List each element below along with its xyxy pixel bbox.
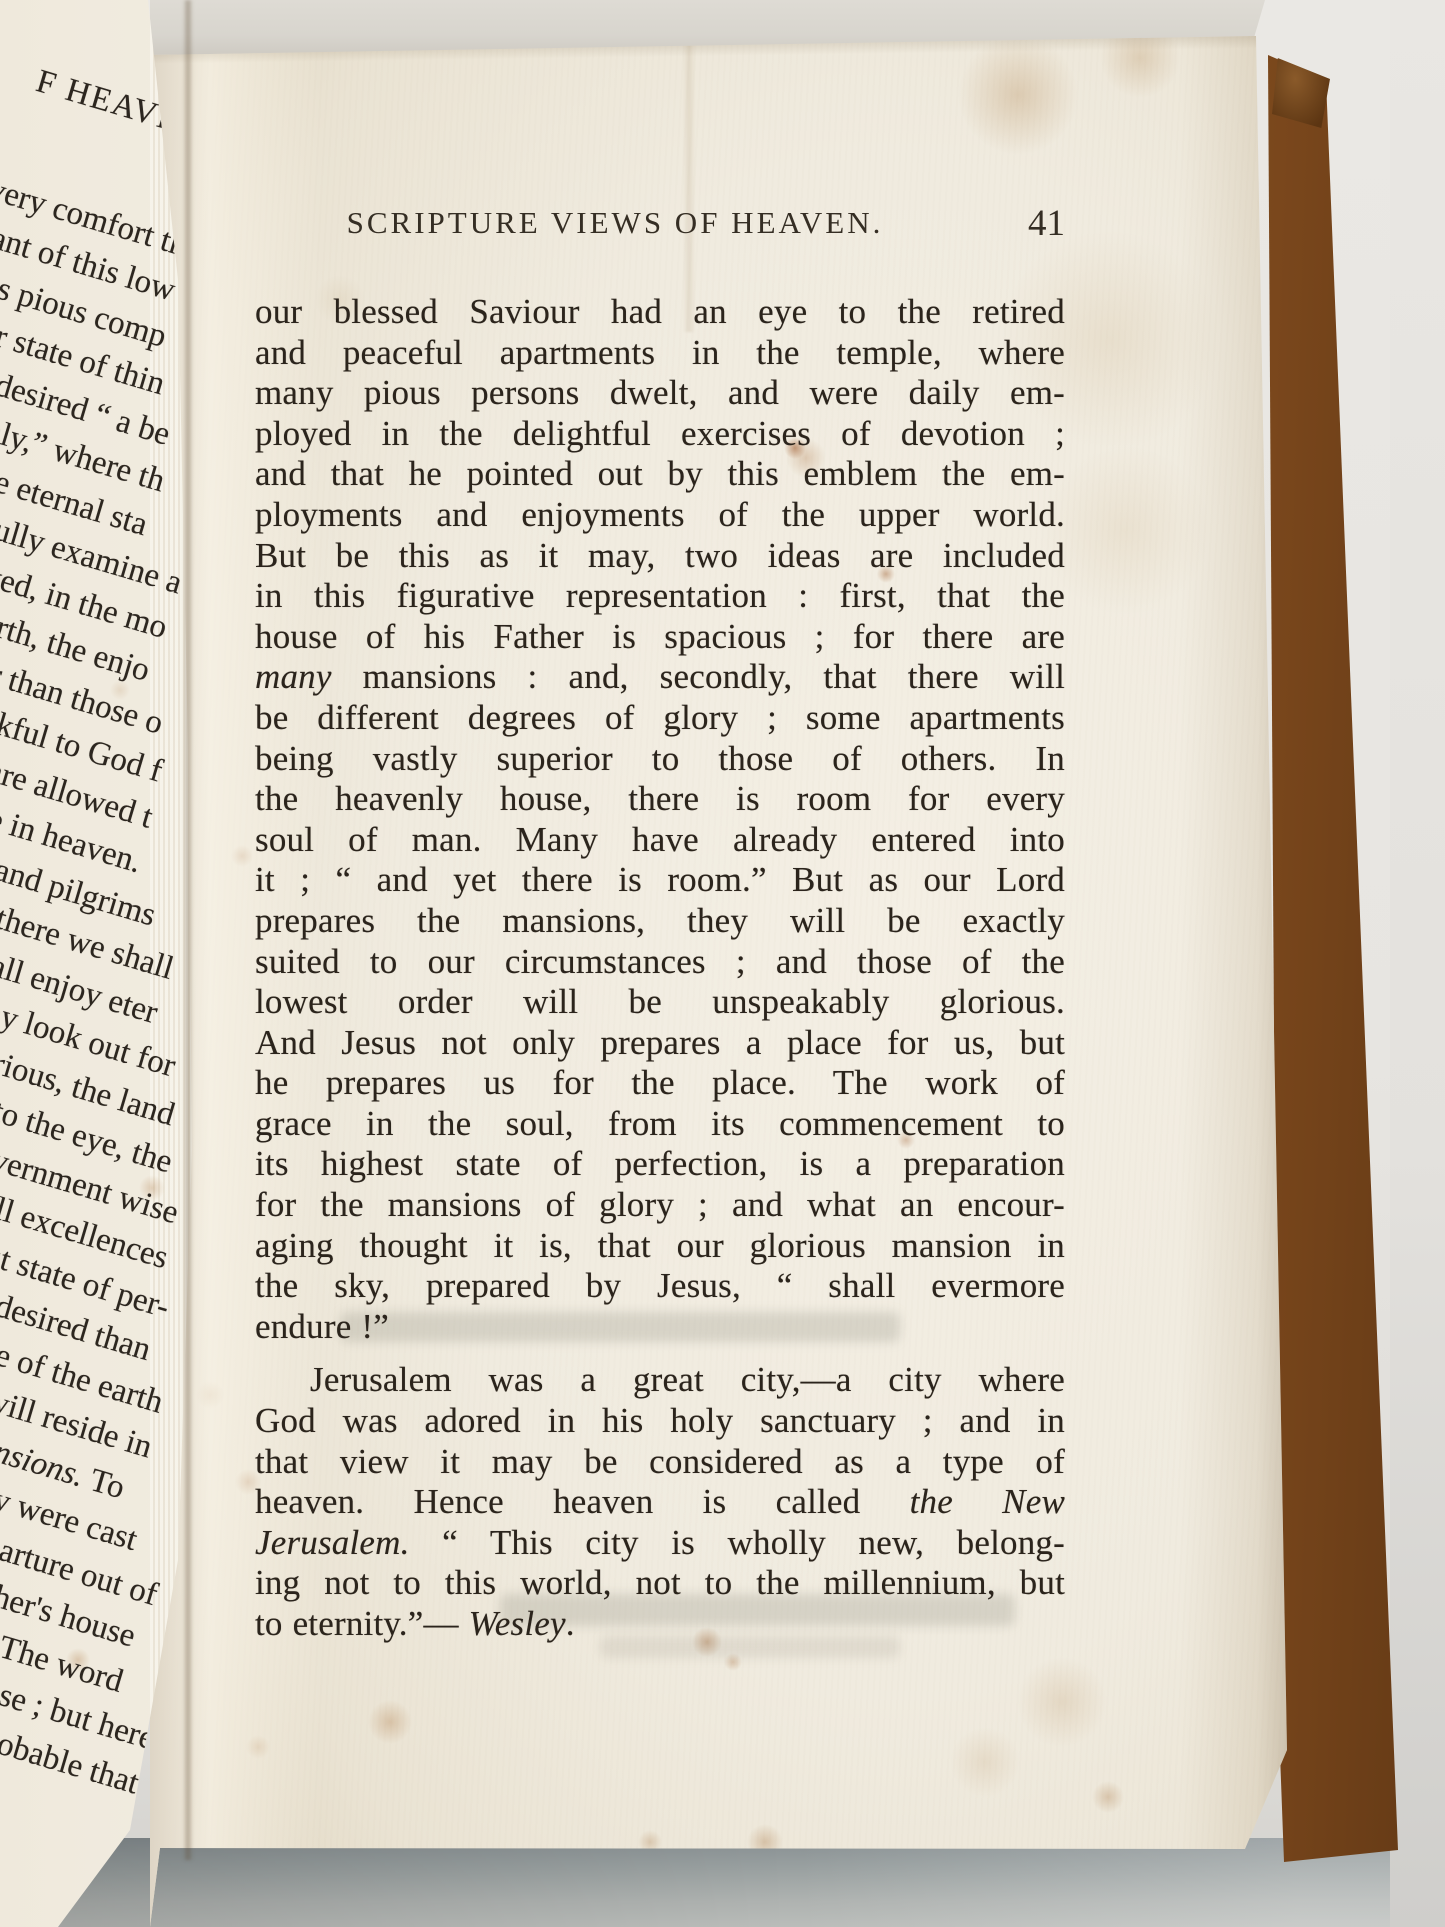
running-header: SCRIPTURE VIEWS OF HEAVEN. 41 [255, 205, 1065, 251]
text-segment: But be this as it may, two ideas are inc… [255, 536, 1065, 575]
text-segment: the sky, prepared by Jesus, “ shall ever… [255, 1266, 1065, 1305]
text-line: suited to our circumstances ; and those … [255, 942, 1065, 983]
text-segment: and peaceful apartments in the temple, w… [255, 333, 1065, 372]
text-segment: our blessed Saviour had an eye to the re… [255, 292, 1065, 331]
text-line: heaven. Hence heaven is called the New [255, 1482, 1065, 1523]
text-segment: it ; “ and yet there is room.” But as ou… [255, 860, 1065, 899]
text-segment: the New [910, 1482, 1065, 1521]
text-segment: be different degrees of glory ; some apa… [255, 698, 1065, 737]
text-segment: And Jesus not only prepares a place for … [255, 1023, 1065, 1062]
text-line: ployed in the delightful exercises of de… [255, 414, 1065, 455]
text-line: aging thought it is, that our glorious m… [255, 1226, 1065, 1267]
text-segment: for the mansions of glory ; and what an … [255, 1185, 1065, 1224]
text-line: the heavenly house, there is room for ev… [255, 779, 1065, 820]
text-segment: soul of man. Many have already entered i… [255, 820, 1065, 859]
text-segment: suited to our circumstances ; and those … [255, 942, 1065, 981]
text-line: many mansions : and, secondly, that ther… [255, 657, 1065, 698]
text-line: ployments and enjoyments of the upper wo… [255, 495, 1065, 536]
text-segment: house of his Father is spacious ; for th… [255, 617, 1065, 656]
text-segment: being vastly superior to those of others… [255, 739, 1065, 778]
text-line: soul of man. Many have already entered i… [255, 820, 1065, 861]
text-segment: God was adored in his holy sanctuary ; a… [255, 1401, 1065, 1440]
text-line: God was adored in his holy sanctuary ; a… [255, 1401, 1065, 1442]
text-line: he prepares us for the place. The work o… [255, 1063, 1065, 1104]
text-segment: prepares the mansions, they will be exac… [255, 901, 1065, 940]
text-segment: heaven. Hence heaven is called [255, 1482, 910, 1521]
text-segment: Jerusalem was a great city,—a city where [310, 1360, 1065, 1399]
text-line: many pious persons dwelt, and were daily… [255, 373, 1065, 414]
paragraph: Jerusalem was a great city,—a city where… [255, 1360, 1065, 1644]
text-segment: . [566, 1604, 575, 1643]
text-line: be different degrees of glory ; some apa… [255, 698, 1065, 739]
text-line: But be this as it may, two ideas are inc… [255, 536, 1065, 577]
text-line: in this figurative representation : firs… [255, 576, 1065, 617]
text-segment: ing not to this world, not to the millen… [255, 1563, 1065, 1602]
text-segment: he prepares us for the place. The work o… [255, 1063, 1065, 1102]
text-line: and that he pointed out by this emblem t… [255, 454, 1065, 495]
text-line: to eternity.”— Wesley. [255, 1604, 1065, 1645]
text-segment: lowest order will be unspeakably gloriou… [255, 982, 1065, 1021]
text-segment: the heavenly house, there is room for ev… [255, 779, 1065, 818]
text-segment: Wesley [469, 1604, 566, 1643]
gutter-crease-line [183, 0, 193, 1860]
text-segment: many pious persons dwelt, and were daily… [255, 373, 1065, 412]
text-segment: to eternity.”— [255, 1604, 469, 1643]
body-text: our blessed Saviour had an eye to the re… [255, 292, 1065, 1645]
paper-crease [683, 42, 695, 332]
text-line: endure !” [255, 1307, 1065, 1348]
text-segment: grace in the soul, from its commencement… [255, 1104, 1065, 1143]
text-segment: in this figurative representation : firs… [255, 576, 1065, 615]
text-line: our blessed Saviour had an eye to the re… [255, 292, 1065, 333]
text-line: and peaceful apartments in the temple, w… [255, 333, 1065, 374]
text-segment: ployed in the delightful exercises of de… [255, 414, 1065, 453]
text-line: the sky, prepared by Jesus, “ shall ever… [255, 1266, 1065, 1307]
page-number: 41 [1028, 202, 1065, 245]
page-title: SCRIPTURE VIEWS OF HEAVEN. [255, 205, 975, 241]
text-segment: aging thought it is, that our glorious m… [255, 1226, 1065, 1265]
text-segment: endure !” [255, 1307, 389, 1346]
text-segment: and that he pointed out by this emblem t… [255, 454, 1065, 493]
text-line: being vastly superior to those of others… [255, 739, 1065, 780]
text-line: Jerusalem. “ This city is wholly new, be… [255, 1523, 1065, 1564]
text-line: it ; “ and yet there is room.” But as ou… [255, 860, 1065, 901]
backdrop-right [1390, 0, 1445, 1927]
text-line: house of his Father is spacious ; for th… [255, 617, 1065, 658]
text-segment: many [255, 657, 332, 696]
text-line: its highest state of perfection, is a pr… [255, 1144, 1065, 1185]
text-segment: its highest state of perfection, is a pr… [255, 1144, 1065, 1183]
text-segment: “ This city is wholly new, belong- [410, 1523, 1065, 1562]
text-line: ing not to this world, not to the millen… [255, 1563, 1065, 1604]
paragraph: our blessed Saviour had an eye to the re… [255, 292, 1065, 1347]
text-segment: mansions : and, secondly, that there wil… [332, 657, 1065, 696]
text-line: And Jesus not only prepares a place for … [255, 1023, 1065, 1064]
text-line: prepares the mansions, they will be exac… [255, 901, 1065, 942]
text-line: grace in the soul, from its commencement… [255, 1104, 1065, 1145]
text-segment: Jerusalem. [255, 1523, 410, 1562]
text-line: Jerusalem was a great city,—a city where [255, 1360, 1065, 1401]
text-segment: ployments and enjoyments of the upper wo… [255, 495, 1065, 534]
text-line: that view it may be considered as a type… [255, 1442, 1065, 1483]
text-line: lowest order will be unspeakably gloriou… [255, 982, 1065, 1023]
book-bottom-shadow-fade [0, 1838, 1445, 1927]
text-line: for the mansions of glory ; and what an … [255, 1185, 1065, 1226]
text-segment: that view it may be considered as a type… [255, 1442, 1065, 1481]
book-photo: SCRIPTURE VIEWS OF HEAVEN. 41 our blesse… [0, 0, 1445, 1927]
right-page: SCRIPTURE VIEWS OF HEAVEN. 41 our blesse… [0, 0, 1445, 1927]
